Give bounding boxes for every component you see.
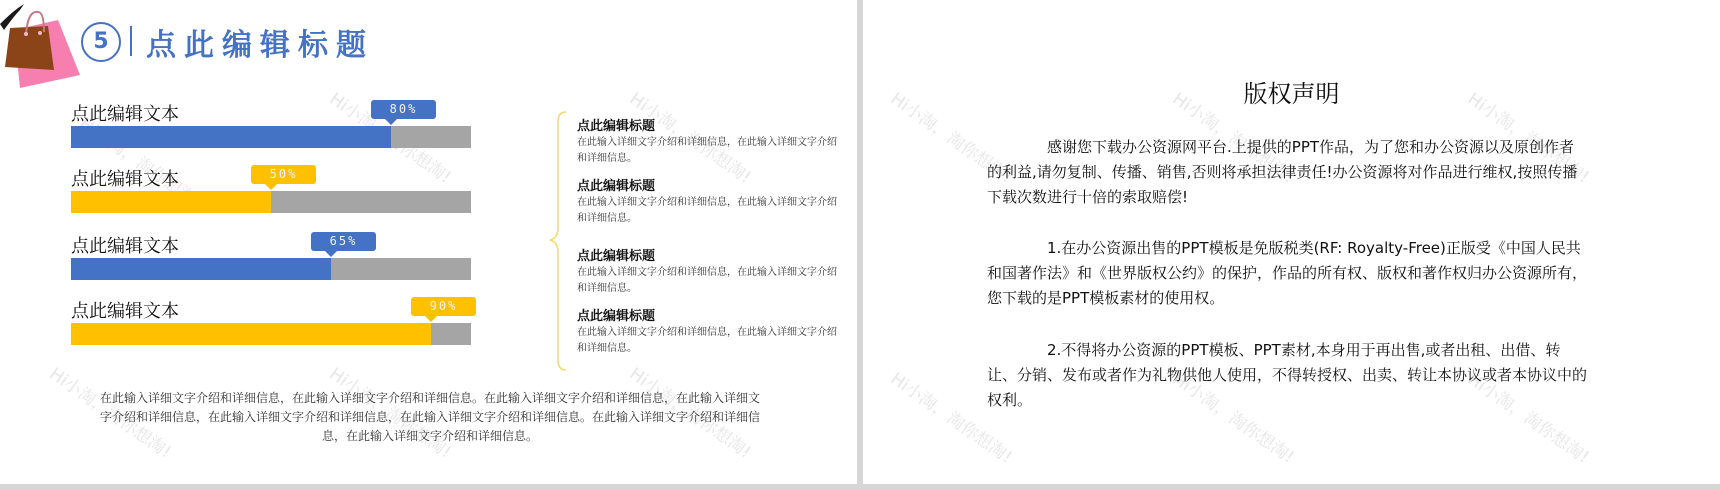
progress-track xyxy=(71,191,471,213)
slide-left: Hi小淘，淘你想淘! Hi小淘，淘你想淘! Hi小淘，淘你想淘! Hi小淘，淘你… xyxy=(0,0,857,484)
progress-fill xyxy=(71,258,331,280)
info-title[interactable]: 点此编辑标题 xyxy=(577,308,837,325)
progress-fill xyxy=(71,323,431,345)
slide-right: Hi小淘，淘你想淘! Hi小淘，淘你想淘! Hi小淘，淘你想淘! Hi小淘，淘你… xyxy=(863,0,1720,484)
percent-bubble: 50% xyxy=(251,165,316,184)
curly-brace-icon xyxy=(548,110,578,372)
bar-label[interactable]: 点此编辑文本 xyxy=(71,100,179,126)
info-item: 点此编辑标题 在此输入详细文字介绍和详细信息，在此输入详细文字介绍和详细信息。 xyxy=(577,248,837,297)
copyright-para-3: 2.不得将办公资源的PPT模板、PPT素材,本身用于再出售,或者出租、出借、转让… xyxy=(987,338,1587,413)
progress-fill xyxy=(71,126,391,148)
progress-track xyxy=(71,126,471,148)
info-item: 点此编辑标题 在此输入详细文字介绍和详细信息，在此输入详细文字介绍和详细信息。 xyxy=(577,308,837,357)
percent-bubble: 65% xyxy=(311,232,376,251)
bar-label[interactable]: 点此编辑文本 xyxy=(71,232,179,258)
info-title[interactable]: 点此编辑标题 xyxy=(577,178,837,195)
bar-label[interactable]: 点此编辑文本 xyxy=(71,297,179,323)
footer-description[interactable]: 在此输入详细文字介绍和详细信息，在此输入详细文字介绍和详细信息。在此输入详细文字… xyxy=(95,389,765,446)
section-number-badge: 5 xyxy=(81,22,121,62)
copyright-para-2: 1.在办公资源出售的PPT模板是免版税类(RF: Royalty-Free)正版… xyxy=(987,236,1587,311)
title-divider xyxy=(130,26,132,56)
progress-track xyxy=(71,323,471,345)
bar-label[interactable]: 点此编辑文本 xyxy=(71,165,179,191)
copyright-para-1: 感谢您下载办公资源网平台.上提供的PPT作品，为了您和办公资源以及原创作者的利益… xyxy=(987,135,1587,210)
info-title[interactable]: 点此编辑标题 xyxy=(577,248,837,265)
info-desc[interactable]: 在此输入详细文字介绍和详细信息，在此输入详细文字介绍和详细信息。 xyxy=(577,325,837,357)
info-desc[interactable]: 在此输入详细文字介绍和详细信息，在此输入详细文字介绍和详细信息。 xyxy=(577,135,837,167)
info-item: 点此编辑标题 在此输入详细文字介绍和详细信息，在此输入详细文字介绍和详细信息。 xyxy=(577,118,837,167)
page-title[interactable]: 点此编辑标题 xyxy=(146,20,374,64)
copyright-title: 版权声明 xyxy=(863,74,1720,109)
percent-bubble: 80% xyxy=(371,100,436,119)
progress-track xyxy=(71,258,471,280)
info-desc[interactable]: 在此输入详细文字介绍和详细信息，在此输入详细文字介绍和详细信息。 xyxy=(577,195,837,227)
percent-bubble: 90% xyxy=(411,297,476,316)
progress-fill xyxy=(71,191,271,213)
info-item: 点此编辑标题 在此输入详细文字介绍和详细信息，在此输入详细文字介绍和详细信息。 xyxy=(577,178,837,227)
info-desc[interactable]: 在此输入详细文字介绍和详细信息，在此输入详细文字介绍和详细信息。 xyxy=(577,265,837,297)
shopping-bag-logo-icon xyxy=(0,0,90,92)
info-title[interactable]: 点此编辑标题 xyxy=(577,118,837,135)
